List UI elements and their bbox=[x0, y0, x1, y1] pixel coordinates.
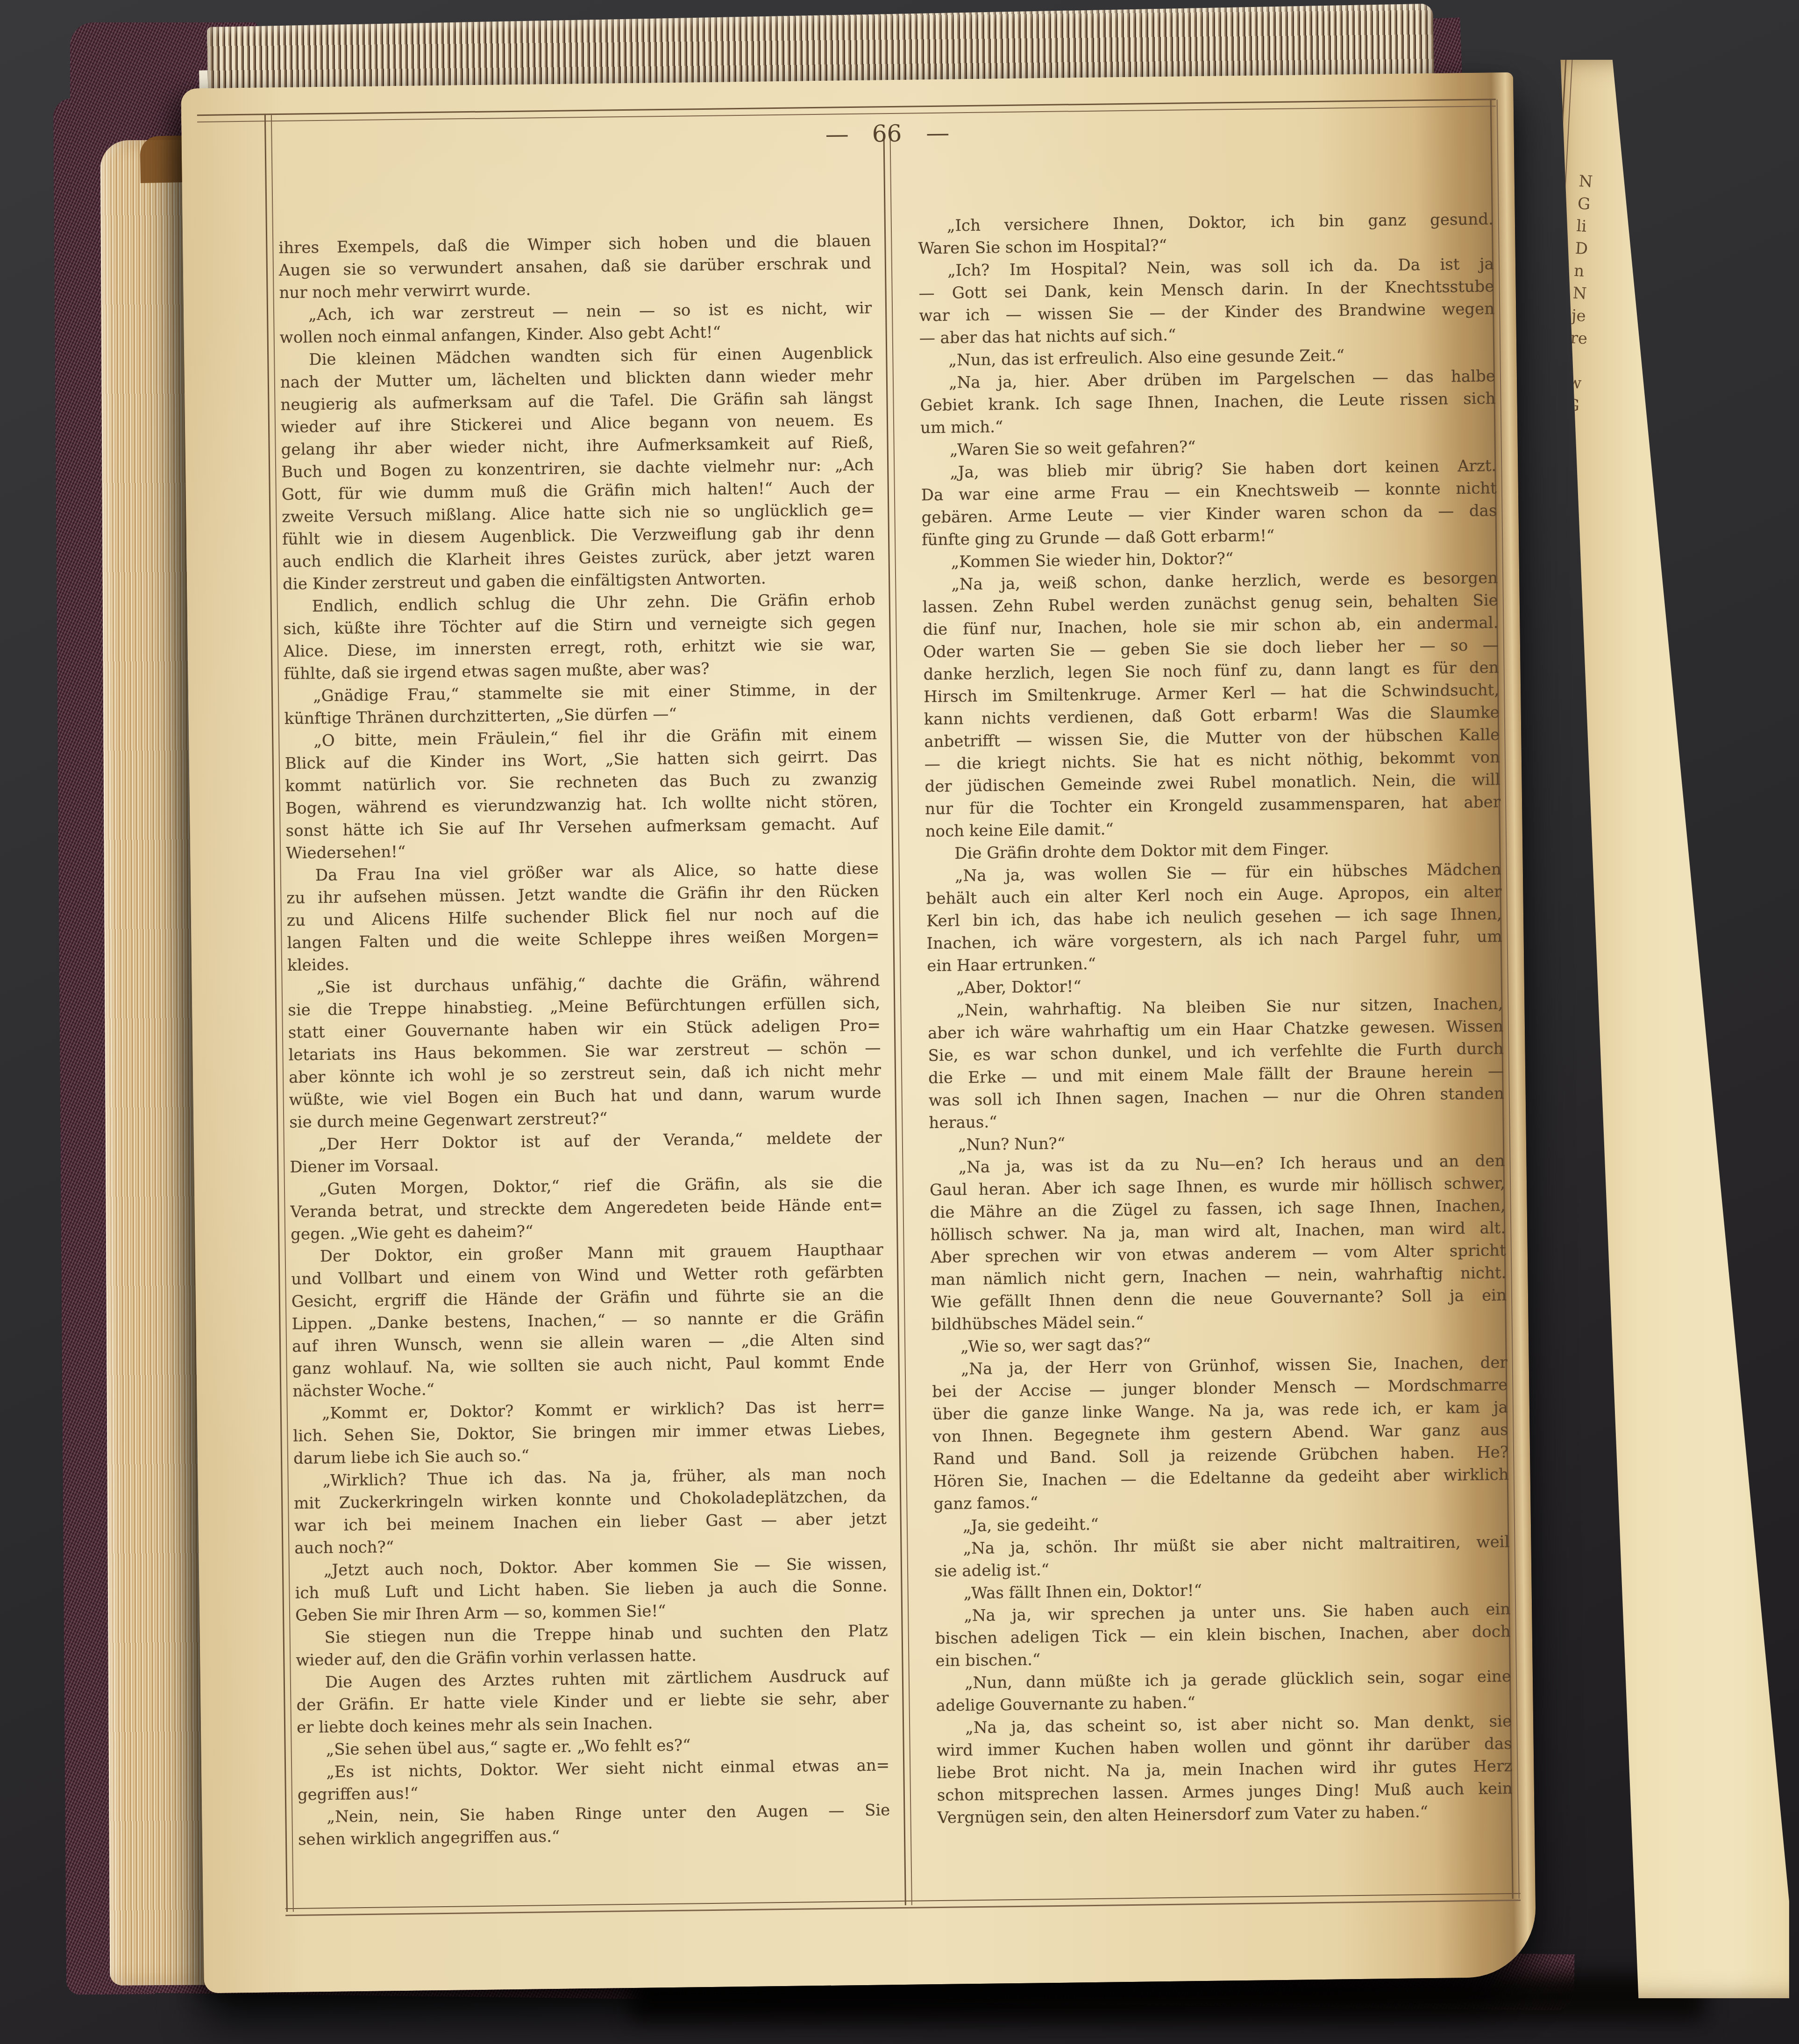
header-left-dash: — bbox=[825, 121, 848, 148]
text-column-left: ihres Exempels, daß die Wimper sich hobe… bbox=[278, 230, 890, 1851]
text-fragment bbox=[1559, 528, 1681, 557]
text-column-right: „Ich versichere Ihnen, Doktor, ich bin g… bbox=[918, 208, 1513, 1829]
next-page-sliver: NGliDnNjerewGSthSleMreihnigiaujoebmeReri… bbox=[1535, 60, 1794, 1998]
text-fragment: S bbox=[1560, 506, 1682, 535]
bottom-border-rule bbox=[285, 1893, 1521, 1916]
text-fragment bbox=[1557, 551, 1680, 580]
page-number: 66 bbox=[872, 120, 902, 148]
book-page: — 66 — ihres Exempels, daß die Wimper si… bbox=[181, 72, 1536, 1994]
page-header: — 66 — bbox=[737, 118, 1037, 149]
top-border-rule bbox=[197, 99, 1496, 122]
header-right-dash: — bbox=[926, 120, 949, 147]
